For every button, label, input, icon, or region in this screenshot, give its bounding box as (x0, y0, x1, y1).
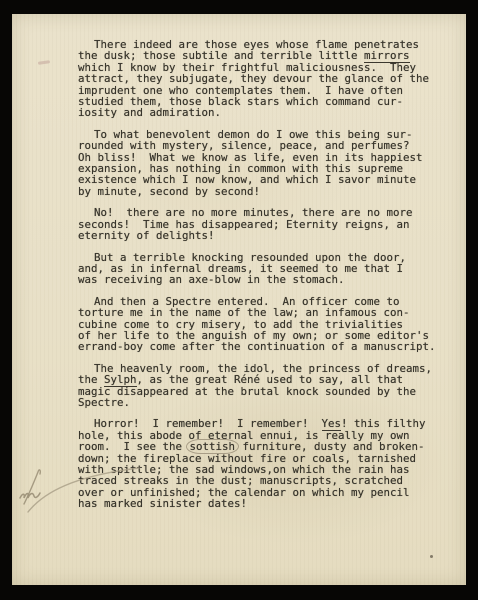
text-line: errand-boy come after the continuation o… (78, 341, 460, 352)
text-line: iosity and admiration. (78, 107, 460, 118)
manuscript-page: There indeed are those eyes whose flame … (12, 14, 466, 585)
text-segment: by minute, second by second! (78, 185, 260, 198)
text-line: by minute, second by second! (78, 186, 460, 197)
text-line: was receiving an axe-blow in the stomach… (78, 274, 460, 285)
paragraph: There indeed are those eyes whose flame … (78, 39, 460, 119)
text-segment: has marked sinister dates! (78, 497, 247, 510)
text-line: eternity of delights! (78, 230, 460, 241)
ink-speck (430, 555, 433, 558)
paragraph: Horror! I remember! I remember! Yes! thi… (78, 418, 460, 509)
paragraph: The heavenly room, the idol, the princes… (78, 363, 460, 409)
paragraph: To what benevolent demon do I owe this b… (78, 129, 460, 197)
scan-background: There indeed are those eyes whose flame … (0, 0, 478, 600)
typed-text-block: There indeed are those eyes whose flame … (78, 39, 460, 520)
paragraph: But a terrible knocking resounded upon t… (78, 252, 460, 286)
text-segment: Spectre. (78, 396, 130, 409)
paragraph: No! there are no more minutes, there are… (78, 207, 460, 241)
text-segment: was receiving an axe-blow in the stomach… (78, 273, 345, 286)
text-line: has marked sinister dates! (78, 498, 460, 509)
faint-pink-margin-mark (38, 60, 50, 65)
text-segment: eternity of delights! (78, 229, 215, 242)
text-line: Spectre. (78, 397, 460, 408)
text-segment: errand-boy come after the continuation o… (78, 340, 436, 353)
text-segment: iosity and admiration. (78, 106, 221, 119)
text-line: magic disappeared at the brutal knock so… (78, 386, 460, 397)
paragraph: And then a Spectre entered. An officer c… (78, 296, 460, 353)
